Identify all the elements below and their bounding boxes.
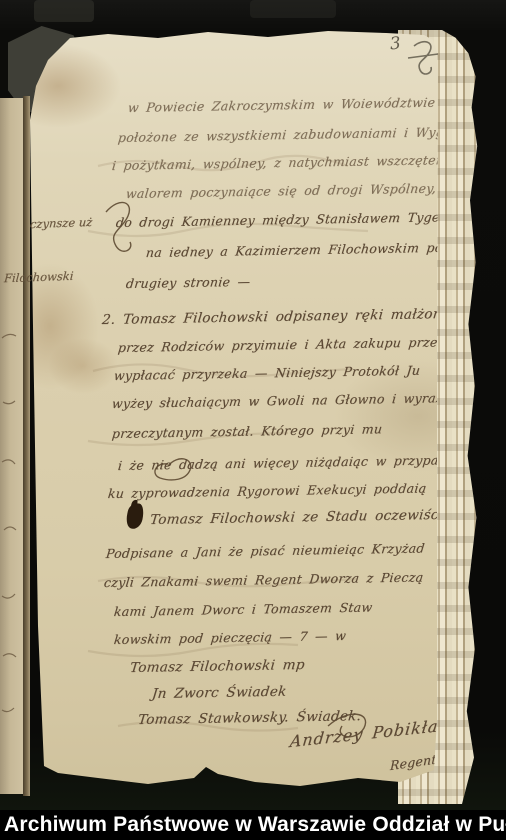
- ink-blot: [124, 502, 145, 531]
- facing-page-edge: [0, 98, 23, 794]
- manuscript-line: wypłacać przyrzeka — Niniejszy Protokół …: [113, 363, 421, 383]
- manuscript-line: położone ze wszystkiemi zabudowaniami i …: [117, 124, 440, 145]
- margin-note: Filochowski: [4, 269, 74, 285]
- manuscript-line: przez Rodziców przyimuie i Akta zakupu p…: [117, 334, 440, 355]
- margin-note: czynsze uż: [30, 215, 93, 231]
- manuscript-page: w Powiecie Zakroczymskim w Woiewództwie …: [28, 26, 440, 792]
- archive-watermark-text: Archiwum Państwowe w Warszawie Oddział w…: [0, 813, 506, 837]
- manuscript-line: i że nie dadzą ani więcey niżądaiąc w pr…: [117, 452, 440, 473]
- manuscript-line: Podpisane a Jani że pisać nieumieiąc Krz…: [105, 540, 425, 561]
- top-shadow-patch: [250, 0, 336, 18]
- archive-watermark-banner: Archiwum Państwowe w Warszawie Oddział w…: [0, 810, 506, 840]
- archive-scan-photo: w Powiecie Zakroczymskim w Woiewództwie …: [0, 0, 506, 840]
- photo-background: w Powiecie Zakroczymskim w Woiewództwie …: [0, 0, 506, 810]
- manuscript-line: wyżey słuchaiącym w Gwoli na Głowno i wy…: [111, 390, 440, 411]
- pencil-page-number: 3: [389, 33, 402, 54]
- manuscript-line: czyli Znakami swemi Regent Dworza z Piec…: [103, 569, 424, 590]
- top-shadow-patch: [34, 0, 94, 22]
- manuscript-line: 2. Tomasz Filochowski odpisaney ręki mał…: [101, 306, 440, 328]
- manuscript-line: ku zyprowadzenia Rygorowi Exekucyi podda…: [107, 480, 427, 501]
- manuscript-line: walorem poczynaiące się od drogi Wspólne…: [125, 180, 440, 201]
- signature-line: Tomasz Stawkowsky. Świadek.: [137, 708, 362, 728]
- manuscript-line: do drogi Kamienney między Stanisławem Ty…: [115, 209, 440, 230]
- book-gutter-crease: [23, 96, 30, 796]
- manuscript-line: kami Janem Dworc i Tomaszem Staw: [113, 599, 373, 619]
- manuscript-line: i pożytkami, wspólney, z natychmiast wsz…: [111, 152, 440, 173]
- manuscript-line: w Powiecie Zakroczymskim w Woiewództwie …: [127, 93, 440, 115]
- manuscript-line: przeczytanym został. Którego przyi mu: [111, 421, 383, 441]
- manuscript-line: kowskim pod pieczęcią — 7 — w: [113, 628, 347, 647]
- manuscript-line: na iedney a Kazimierzem Filochowskim po: [145, 240, 440, 260]
- manuscript-line: Tomasz Filochowski ze Stadu oczewiście: [149, 507, 440, 528]
- signature-line: Tomasz Filochowski mp: [129, 657, 305, 676]
- manuscript-line: drugiey stronie —: [125, 274, 251, 291]
- signature-line: Regent: [390, 751, 437, 773]
- signature-line: Jn Zworc Świadek: [151, 684, 287, 702]
